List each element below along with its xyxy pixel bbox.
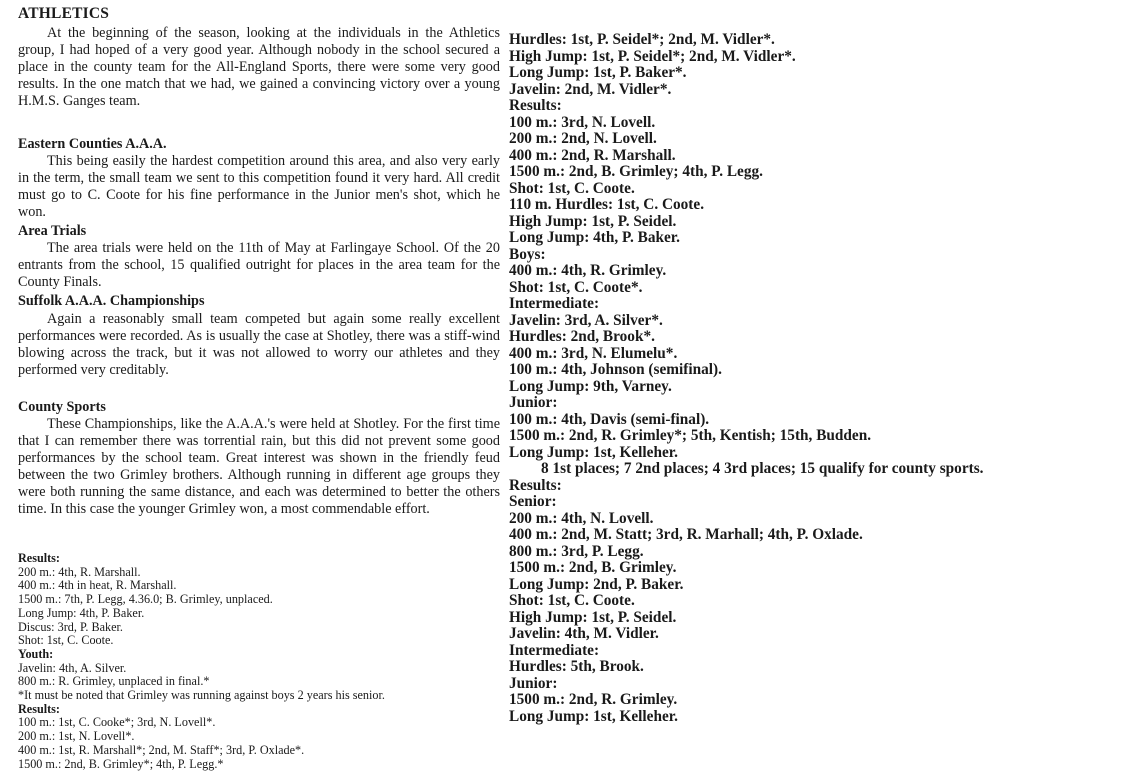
result-line: 800 m.: R. Grimley, unplaced in final.* [18, 675, 385, 689]
result-line: 1500 m.: 2nd, B. Grimley*; 4th, P. Legg.… [18, 758, 385, 772]
result-line: 200 m.: 4th, R. Marshall. [18, 566, 385, 580]
section-heading-area-trials: Area Trials [18, 223, 86, 240]
result-line: Shot: 1st, C. Coote. [509, 181, 983, 198]
result-line: 200 m.: 4th, N. Lovell. [509, 511, 983, 528]
result-line: 400 m.: 3rd, N. Elumelu*. [509, 346, 983, 363]
section-text: This being easily the hardest competitio… [18, 153, 500, 220]
footnote: *It must be noted that Grimley was runni… [18, 689, 385, 703]
result-line: Shot: 1st, C. Coote*. [509, 280, 983, 297]
result-line: 1500 m.: 2nd, R. Grimley. [509, 692, 983, 709]
result-line: Hurdles: 5th, Brook. [509, 659, 983, 676]
result-line: Long Jump: 4th, P. Baker. [18, 607, 385, 621]
section-text: These Championships, like the A.A.A.'s w… [18, 416, 500, 517]
result-line: High Jump: 1st, P. Seidel*; 2nd, M. Vidl… [509, 49, 983, 66]
intermediate-heading: Intermediate: [509, 643, 983, 660]
results-heading: Results: [509, 478, 983, 495]
county-results-list: Results: 200 m.: 4th, R. Marshall. 400 m… [18, 552, 385, 771]
section-heading-eastern-counties: Eastern Counties A.A.A. [18, 136, 167, 153]
result-line: Long Jump: 2nd, P. Baker. [509, 577, 983, 594]
boys-heading: Boys: [509, 247, 983, 264]
result-line: 200 m.: 1st, N. Lovell*. [18, 730, 385, 744]
result-line: Javelin: 2nd, M. Vidler*. [509, 82, 983, 99]
result-line: Discus: 3rd, P. Baker. [18, 621, 385, 635]
result-line: 100 m.: 1st, C. Cooke*; 3rd, N. Lovell*. [18, 716, 385, 730]
result-line: 400 m.: 1st, R. Marshall*; 2nd, M. Staff… [18, 744, 385, 758]
senior-heading: Senior: [509, 494, 983, 511]
result-line: 100 m.: 3rd, N. Lovell. [509, 115, 983, 132]
result-line: Long Jump: 1st, P. Baker*. [509, 65, 983, 82]
summary-line: 8 1st places; 7 2nd places; 4 3rd places… [509, 461, 983, 478]
result-line: Long Jump: 1st, Kelleher. [509, 709, 983, 726]
result-line: 100 m.: 4th, Johnson (semifinal). [509, 362, 983, 379]
intro-text: At the beginning of the season, looking … [18, 25, 500, 109]
section-body-eastern-counties: This being easily the hardest competitio… [18, 153, 500, 221]
junior-heading: Junior: [509, 676, 983, 693]
result-line: Shot: 1st, C. Coote. [509, 593, 983, 610]
result-line: Javelin: 4th, M. Vidler. [509, 626, 983, 643]
section-heading-suffolk-aaa: Suffolk A.A.A. Championships [18, 293, 204, 310]
result-line: Javelin: 4th, A. Silver. [18, 662, 385, 676]
result-line: 100 m.: 4th, Davis (semi-final). [509, 412, 983, 429]
section-text: Again a reasonably small team competed b… [18, 311, 500, 378]
results-heading: Results: [18, 703, 385, 717]
result-line: Hurdles: 2nd, Brook*. [509, 329, 983, 346]
result-line: 200 m.: 2nd, N. Lovell. [509, 131, 983, 148]
result-line: 400 m.: 2nd, M. Statt; 3rd, R. Marhall; … [509, 527, 983, 544]
result-line: High Jump: 1st, P. Seidel. [509, 214, 983, 231]
intro-paragraph: At the beginning of the season, looking … [18, 25, 500, 110]
result-line: 1500 m.: 2nd, B. Grimley; 4th, P. Legg. [509, 164, 983, 181]
section-heading-county-sports: County Sports [18, 399, 106, 416]
result-line: Long Jump: 1st, Kelleher. [509, 445, 983, 462]
result-line: Long Jump: 4th, P. Baker. [509, 230, 983, 247]
result-line: Shot: 1st, C. Coote. [18, 634, 385, 648]
section-body-area-trials: The area trials were held on the 11th of… [18, 240, 500, 291]
result-line: 400 m.: 4th, R. Grimley. [509, 263, 983, 280]
result-line: 1500 m.: 2nd, B. Grimley. [509, 560, 983, 577]
section-body-county-sports: These Championships, like the A.A.A.'s w… [18, 416, 500, 517]
junior-heading: Junior: [509, 395, 983, 412]
result-line: 1500 m.: 2nd, R. Grimley*; 5th, Kentish;… [509, 428, 983, 445]
section-body-suffolk-aaa: Again a reasonably small team competed b… [18, 311, 500, 379]
youth-heading: Youth: [18, 648, 385, 662]
right-results-list-1: Hurdles: 1st, P. Seidel*; 2nd, M. Vidler… [509, 32, 983, 725]
results-heading: Results: [18, 552, 385, 566]
result-line: 400 m.: 2nd, R. Marshall. [509, 148, 983, 165]
result-line: 400 m.: 4th in heat, R. Marshall. [18, 579, 385, 593]
result-line: Hurdles: 1st, P. Seidel*; 2nd, M. Vidler… [509, 32, 983, 49]
result-line: Javelin: 3rd, A. Silver*. [509, 313, 983, 330]
result-line: Long Jump: 9th, Varney. [509, 379, 983, 396]
intermediate-heading: Intermediate: [509, 296, 983, 313]
result-line: 110 m. Hurdles: 1st, C. Coote. [509, 197, 983, 214]
result-line: High Jump: 1st, P. Seidel. [509, 610, 983, 627]
result-line: 800 m.: 3rd, P. Legg. [509, 544, 983, 561]
results-heading: Results: [509, 98, 983, 115]
result-line: 1500 m.: 7th, P. Legg, 4.36.0; B. Grimle… [18, 593, 385, 607]
page-title: ATHLETICS [18, 5, 109, 23]
section-text: The area trials were held on the 11th of… [18, 240, 500, 290]
